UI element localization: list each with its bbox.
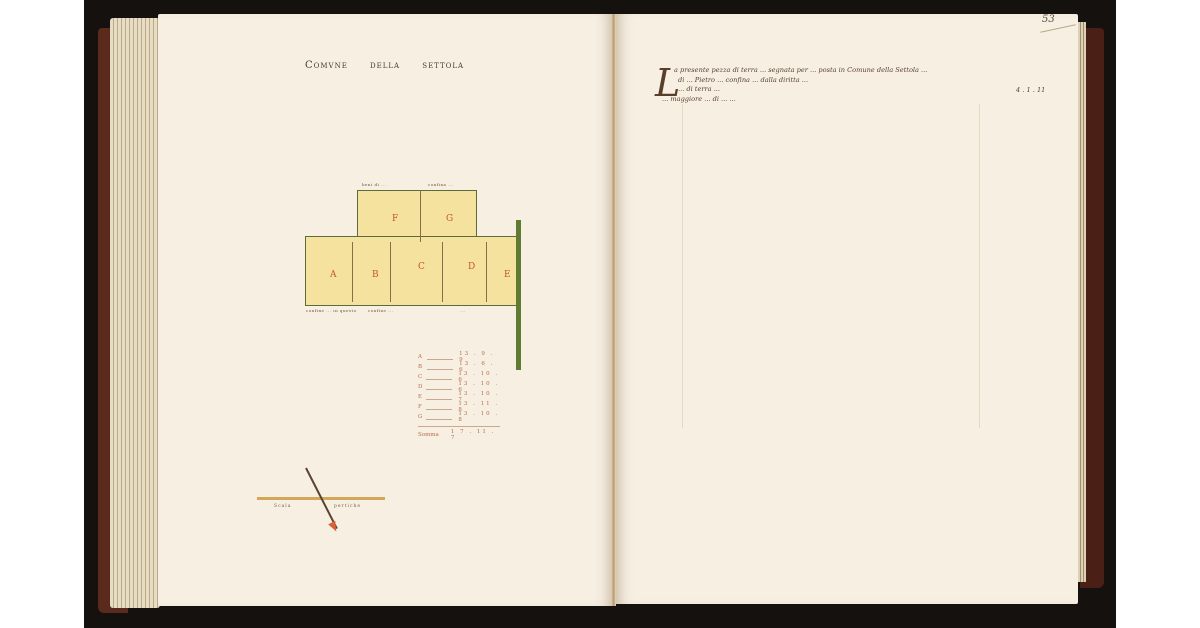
parcel-divider — [486, 242, 487, 302]
parcel-label-d: D — [468, 262, 475, 272]
parcel-label-c: C — [418, 262, 425, 272]
parcel-divider — [420, 190, 421, 242]
text-line: a presente pezza di terra ... segnata pe… — [660, 66, 1060, 76]
area-table: A13 . 9 . 9 B13 . 6 . 6 C13 . 10 . 6 D13… — [418, 352, 500, 440]
table-row: G13 . 10 . 8 — [418, 412, 500, 422]
edge-label-bottom-right: ... — [460, 308, 465, 313]
parcel-label-g: G — [446, 214, 453, 224]
parcel-label-e: E — [504, 270, 511, 280]
page-edges-left — [110, 18, 160, 608]
edge-label-bottom-center: confine ... — [368, 308, 394, 313]
parcel-label-b: B — [372, 270, 379, 280]
table-total-row: Somma1 7 . 11 . 7 — [418, 426, 500, 440]
page-title: Comvne della settola — [305, 60, 464, 71]
parcel-label-f: F — [392, 214, 398, 224]
edge-label-top-left: beni di ... — [362, 182, 386, 187]
text-line: di ... Pietro ... confina ... dalla diri… — [660, 76, 1060, 86]
parcel-divider — [390, 242, 391, 302]
folio-number: 53 — [1042, 14, 1055, 25]
text-line: ... maggiore ... di ... ... — [660, 95, 1060, 105]
edge-label-bottom-left: confine ... in questo — [306, 308, 356, 313]
margin-figure: 4 . 1 . 11 — [1016, 86, 1045, 94]
parcel-label-a: A — [330, 270, 337, 280]
edge-label-top-right: confina ... — [428, 182, 454, 187]
text-line: ... di terra ... — [660, 85, 1060, 95]
boundary-strip — [516, 220, 521, 370]
parcel-divider — [442, 242, 443, 302]
scale-label-left: Scala — [274, 504, 291, 509]
book-gutter — [611, 14, 616, 606]
manuscript-text: a presente pezza di terra ... segnata pe… — [660, 66, 1060, 104]
parcel-divider — [352, 242, 353, 302]
ruled-frame — [682, 104, 980, 428]
scale-label-right: pertiche — [334, 504, 361, 509]
